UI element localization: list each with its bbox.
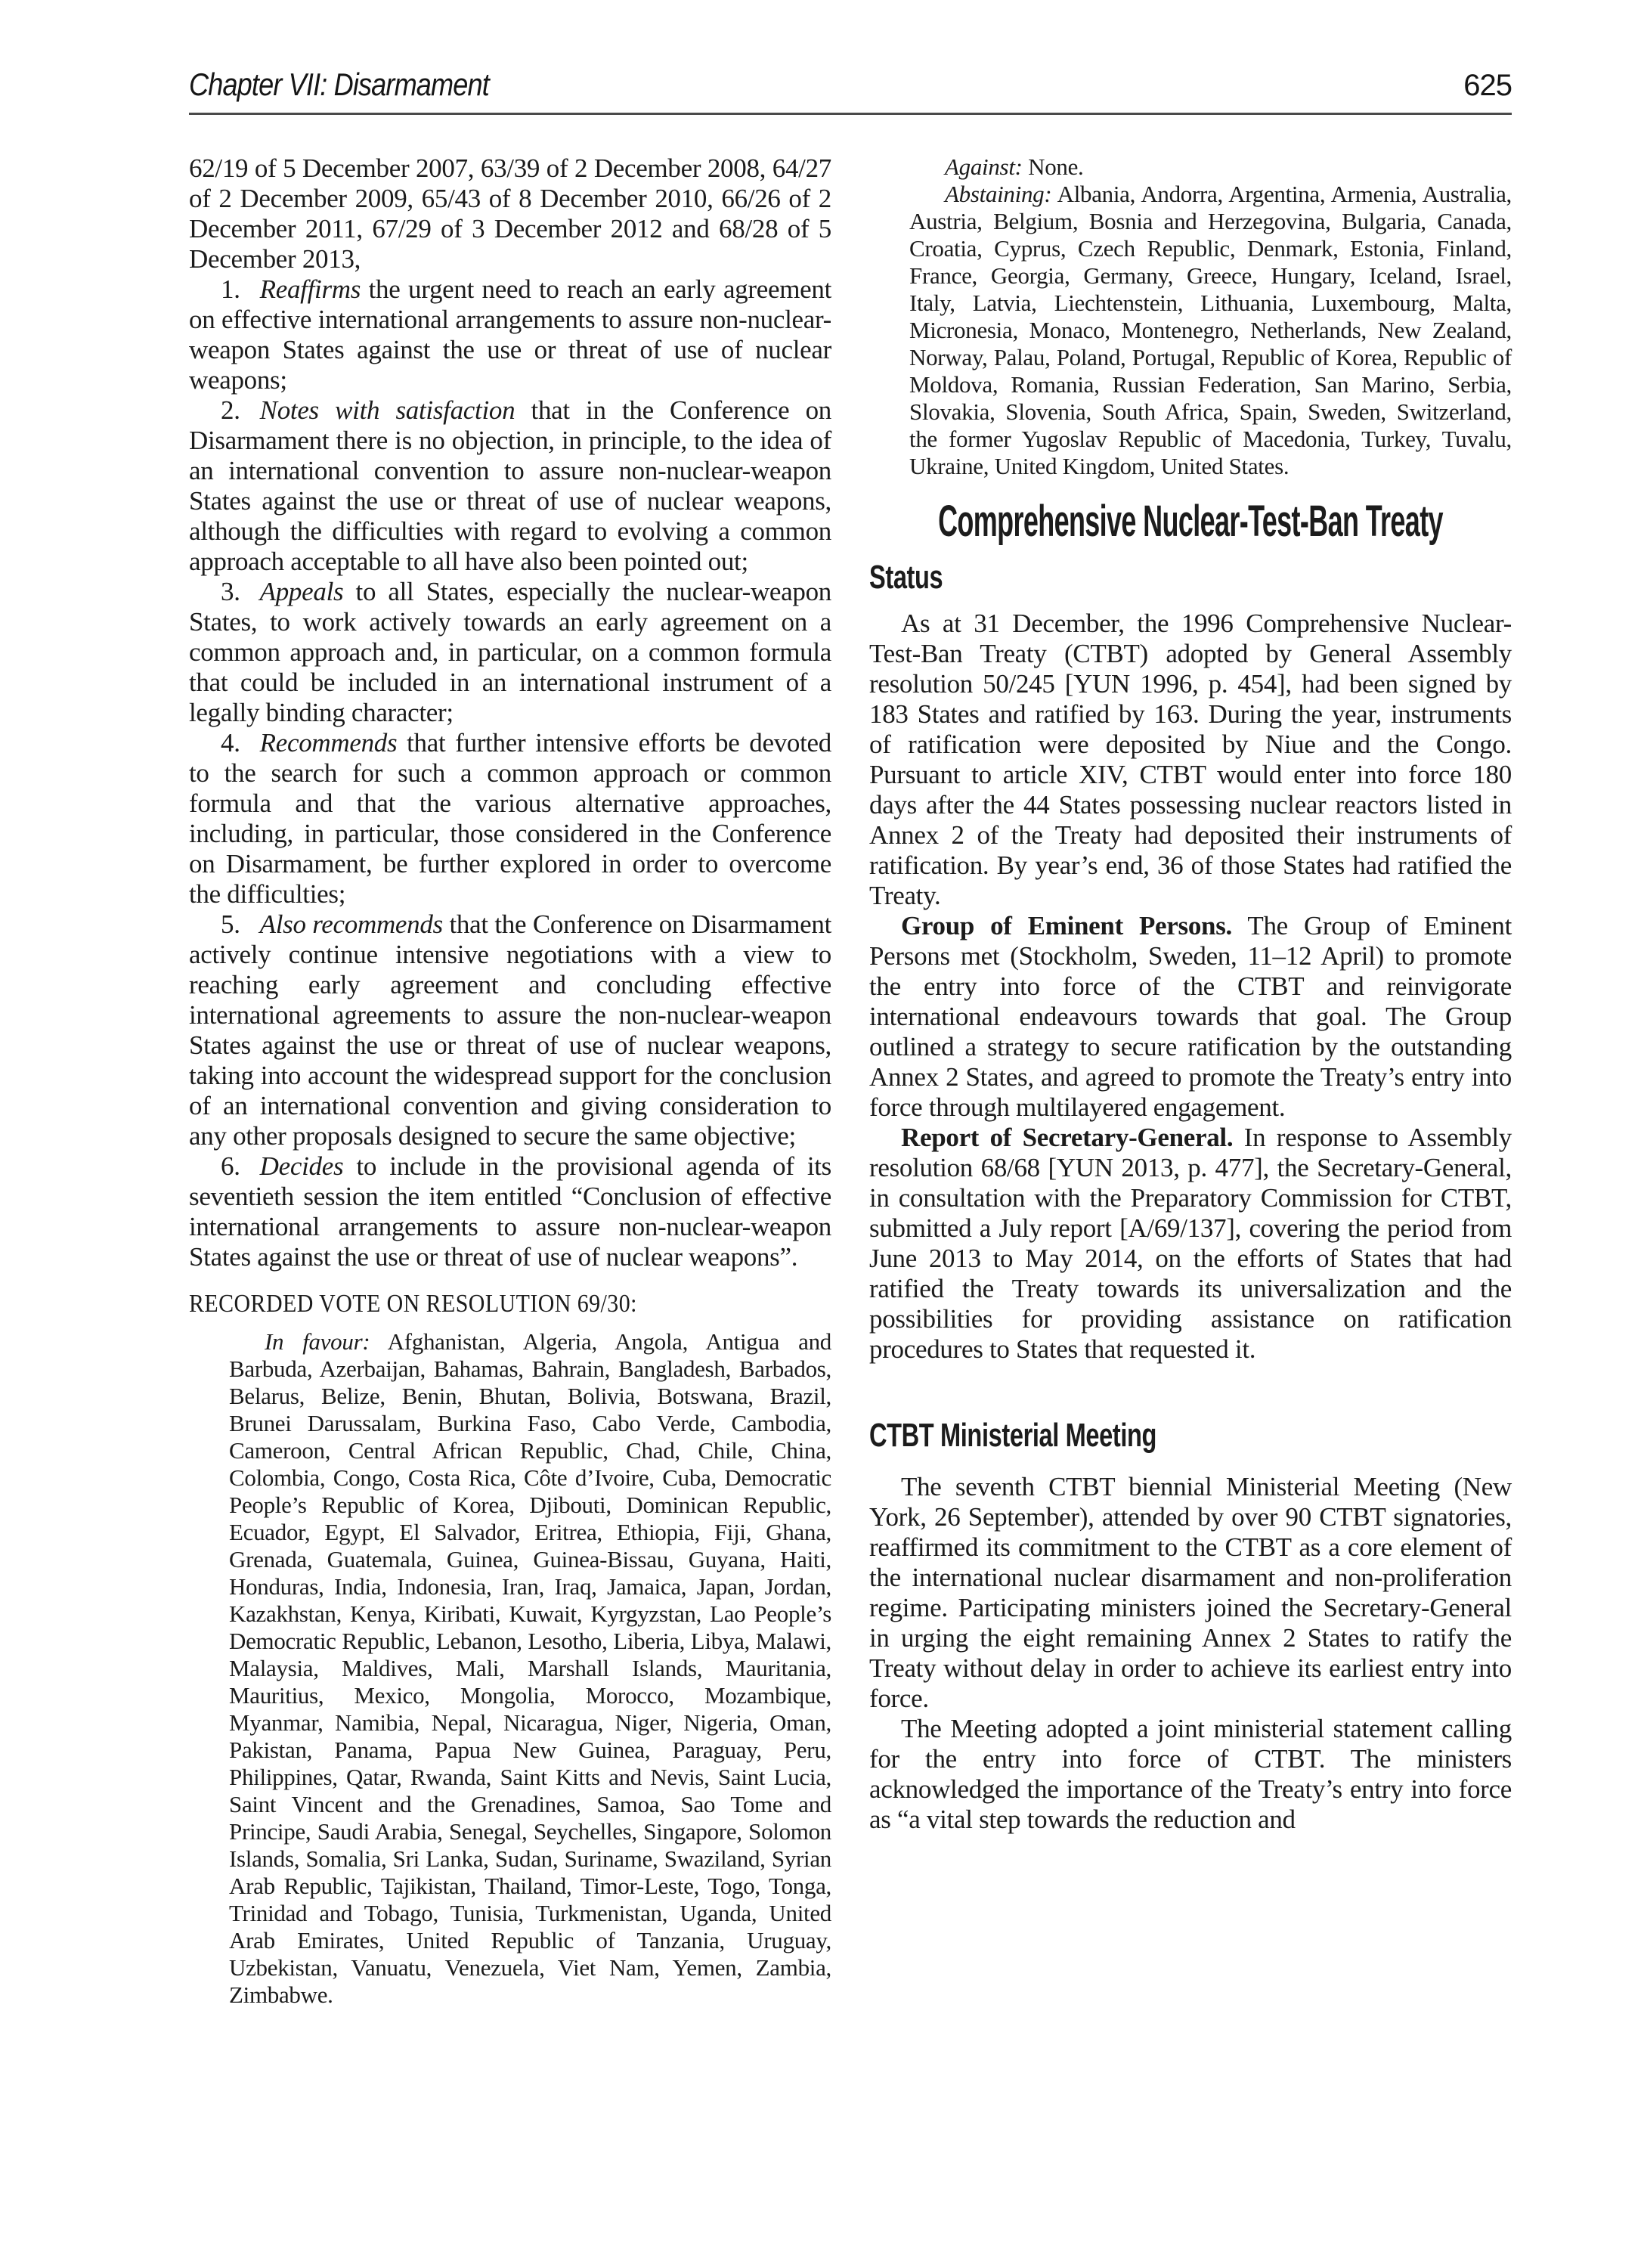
abstaining-paragraph: Abstaining: Albania, Andorra, Argentina,… — [909, 181, 1512, 480]
paragraph-text: The Group of Eminent Persons met (Stockh… — [869, 911, 1512, 1122]
resolution-refs-paragraph: 62/19 of 5 December 2007, 63/39 of 2 Dec… — [189, 153, 831, 274]
group-of-eminent-persons-paragraph: Group of Eminent Persons. The Group of E… — [869, 911, 1512, 1123]
operative-paragraph-6: 6.Decides to include in the provisional … — [189, 1151, 831, 1272]
operative-paragraph-1: 1.Reaffirms the urgent need to reach an … — [189, 274, 831, 395]
abstaining-label: Abstaining: — [945, 181, 1051, 207]
header-rule — [189, 113, 1512, 115]
operative-verb: Also recommends — [260, 909, 443, 939]
paragraph-number: 4. — [221, 728, 240, 758]
report-of-secretary-general-paragraph: Report of Secretary-General. In response… — [869, 1123, 1512, 1365]
against-paragraph: Against: None. — [909, 153, 1512, 181]
paragraph-text: that the Conference on Disarmament activ… — [189, 909, 831, 1151]
in-favour-label: In favour: — [265, 1328, 370, 1355]
status-heading: Status — [869, 561, 1512, 594]
paragraph-number: 1. — [221, 274, 240, 304]
against-value: None. — [1023, 153, 1084, 180]
running-header: Chapter VII: Disarmament 625 — [189, 67, 1512, 103]
paragraph-number: 6. — [221, 1151, 240, 1181]
chapter-title: Chapter VII: Disarmament — [189, 67, 489, 103]
against-label: Against: — [945, 153, 1023, 180]
operative-verb: Recommends — [260, 728, 398, 758]
paragraph-number: 3. — [221, 577, 240, 606]
operative-paragraph-4: 4.Recommends that further intensive effo… — [189, 728, 831, 909]
right-column: Against: None. Abstaining: Albania, Ando… — [869, 153, 1512, 1835]
group-of-eminent-persons-lead: Group of Eminent Persons. — [901, 911, 1232, 940]
in-favour-countries: Afghanistan, Algeria, Angola, Antigua an… — [229, 1328, 831, 2008]
paragraph-text: In response to Assembly resolution 68/68… — [869, 1123, 1512, 1364]
ministerial-paragraph-1: The seventh CTBT biennial Ministerial Me… — [869, 1472, 1512, 1714]
recorded-vote-heading: RECORDED VOTE ON RESOLUTION 69/30: — [189, 1289, 831, 1319]
left-column: 62/19 of 5 December 2007, 63/39 of 2 Dec… — [189, 153, 831, 2009]
report-lead: Report of Secretary-General. — [901, 1123, 1233, 1152]
ministerial-paragraph-2: The Meeting adopted a joint ministerial … — [869, 1714, 1512, 1835]
abstaining-countries: Albania, Andorra, Argentina, Armenia, Au… — [909, 181, 1512, 479]
paragraph-number: 5. — [221, 909, 240, 939]
operative-verb: Decides — [260, 1151, 344, 1181]
paragraph-number: 2. — [221, 395, 240, 425]
operative-paragraph-3: 3.Appeals to all States, especially the … — [189, 577, 831, 728]
operative-verb: Notes with satisfaction — [260, 395, 515, 425]
in-favour-paragraph: In favour: Afghanistan, Algeria, Angola,… — [229, 1328, 831, 2009]
operative-paragraph-2: 2.Notes with satisfaction that in the Co… — [189, 395, 831, 577]
page-number: 625 — [1463, 69, 1512, 103]
section-title: Comprehensive Nuclear-Test-Ban Treaty — [869, 503, 1512, 541]
operative-paragraph-5: 5.Also recommends that the Conference on… — [189, 909, 831, 1151]
operative-verb: Appeals — [260, 577, 344, 606]
document-page: Chapter VII: Disarmament 625 62/19 of 5 … — [0, 0, 1644, 2268]
status-paragraph: As at 31 December, the 1996 Comprehensiv… — [869, 609, 1512, 911]
ctbt-ministerial-meeting-heading: CTBT Ministerial Meeting — [869, 1419, 1512, 1452]
operative-verb: Reaffirms — [260, 274, 361, 304]
